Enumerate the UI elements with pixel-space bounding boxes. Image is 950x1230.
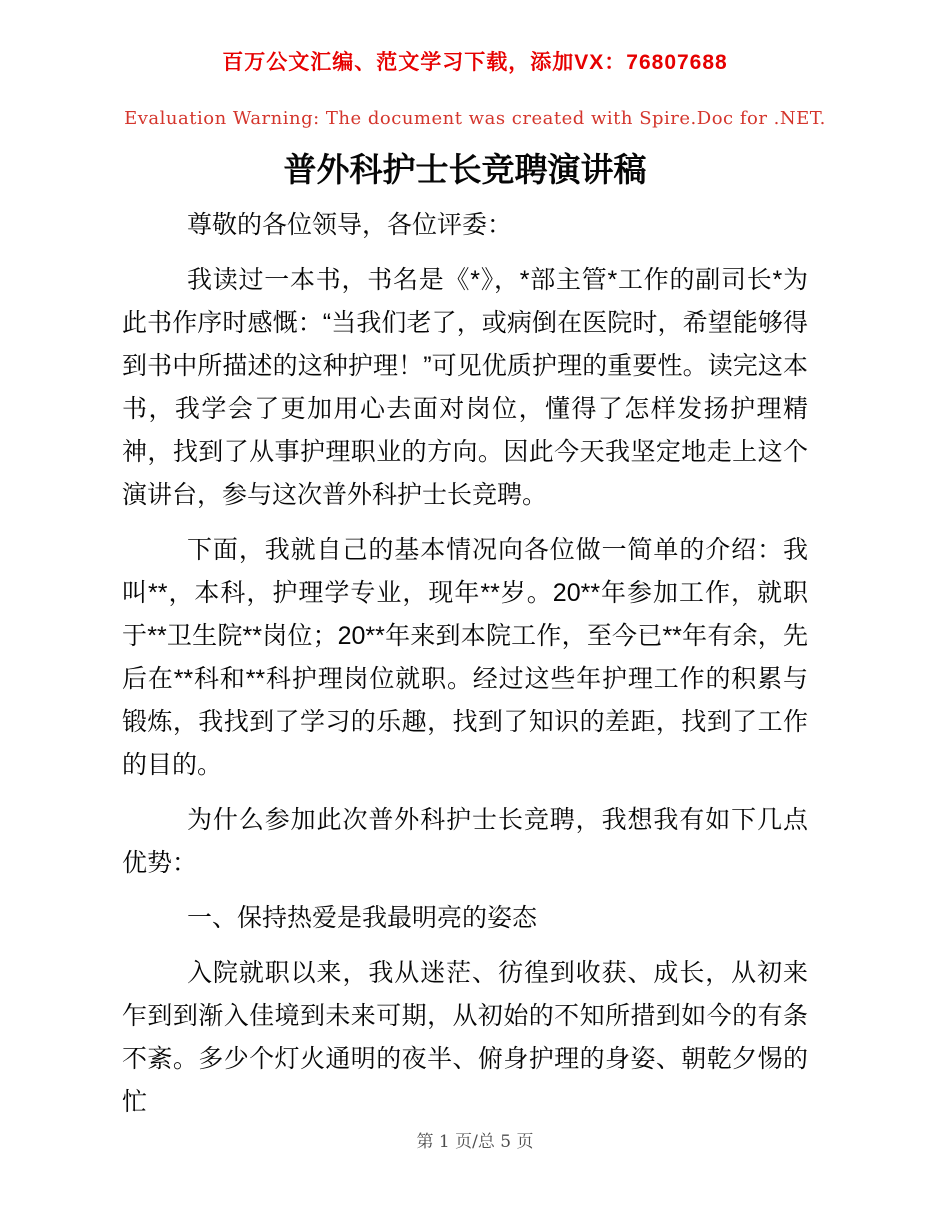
paragraph: 下面，我就自己的基本情况向各位做一简单的介绍：我叫**，本科，护理学专业，现年*… — [122, 529, 808, 787]
paragraph: 入院就职以来，我从迷茫、彷徨到收获、成长，从初来乍到到渐入佳境到未来可期，从初始… — [122, 952, 808, 1124]
paragraph: 我读过一本书，书名是《*》，*部主管*工作的副司长*为此书作序时感慨：“当我们老… — [122, 259, 808, 517]
paragraph: 为什么参加此次普外科护士长竞聘，我想我有如下几点优势： — [122, 799, 808, 885]
document-title: 普外科护士长竞聘演讲稿 — [122, 148, 808, 192]
evaluation-warning: Evaluation Warning: The document was cre… — [0, 107, 950, 131]
promo-banner: 百万公文汇编、范文学习下载，添加VX：76807688 — [0, 50, 950, 76]
paragraph-subheading: 一、保持热爱是我最明亮的姿态 — [122, 897, 808, 940]
page-number-indicator: 第 1 页/总 5 页 — [0, 1130, 950, 1154]
document-body: 普外科护士长竞聘演讲稿 尊敬的各位领导，各位评委： 我读过一本书，书名是《*》，… — [122, 148, 808, 1136]
paragraph-salutation: 尊敬的各位领导，各位评委： — [122, 204, 808, 247]
document-page: 百万公文汇编、范文学习下载，添加VX：76807688 Evaluation W… — [0, 0, 950, 1230]
